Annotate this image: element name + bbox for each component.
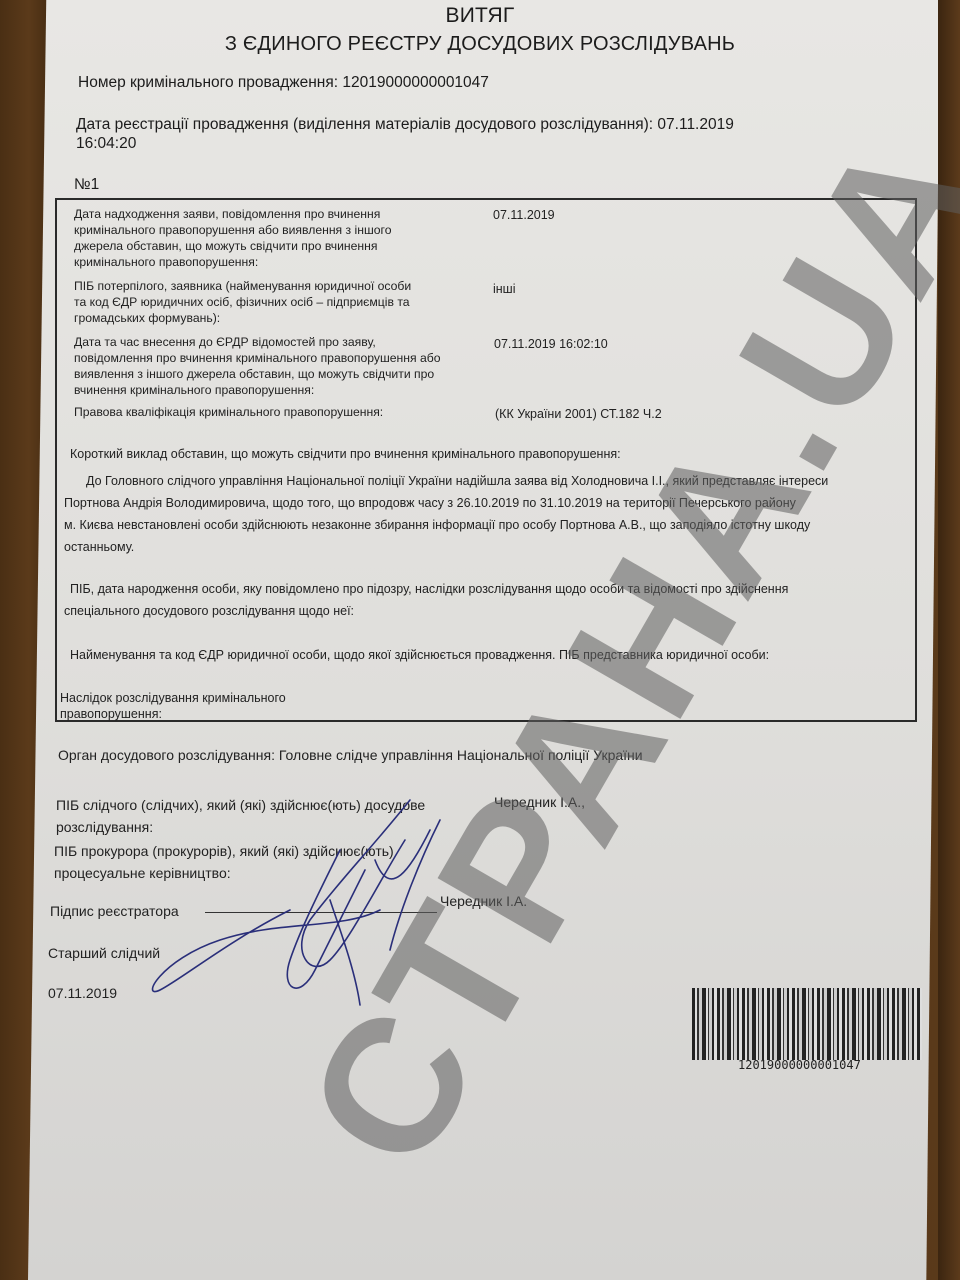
label-line: Дата надходження заяви, повідомлення про… [74, 206, 391, 222]
label-line: повідомлення про вчинення кримінального … [74, 350, 441, 366]
investigation-body: Орган досудового розслідування: Головне … [58, 744, 643, 766]
label-line: громадських формувань): [74, 310, 411, 326]
barcode-number: 12019000000001047 [738, 1058, 861, 1072]
document-title: ВИТЯГ [0, 4, 960, 28]
label-line: та код ЄДР юридичних осіб, фізичних осіб… [74, 294, 411, 310]
section-number: №1 [74, 176, 99, 194]
signing-date: 07.11.2019 [48, 982, 117, 1004]
label-line: процесуальне керівництво: [54, 862, 394, 884]
label-line: спеціального досудового розслідування що… [64, 600, 904, 622]
label-line: Правова кваліфікація кримінального право… [74, 404, 383, 420]
erdr-entry-value: 07.11.2019 16:02:10 [494, 337, 608, 351]
summary-label: Короткий виклад обставин, що можуть свід… [70, 446, 621, 462]
registrar-name: Чередник І.А. [440, 890, 527, 912]
label-line: вчинення кримінального правопорушення: [74, 382, 441, 398]
investigator-label: ПІБ слідчого (слідчих), який (які) здійс… [56, 794, 425, 838]
registration-time: 16:04:20 [76, 135, 136, 153]
label-line: ПІБ потерпілого, заявника (найменування … [74, 278, 411, 294]
label-line: кримінального правопорушення або виявлен… [74, 222, 391, 238]
label-line: Дата та час внесення до ЄРДР відомостей … [74, 334, 441, 350]
label-line: джерела обставин, що можуть свідчити про… [74, 238, 391, 254]
label-line: ПІБ слідчого (слідчих), який (які) здійс… [56, 794, 425, 816]
legal-qualification-value: (КК України 2001) СТ.182 Ч.2 [495, 407, 662, 421]
receipt-date-label: Дата надходження заяви, повідомлення про… [74, 206, 391, 270]
summary-line: м. Києва невстановлені особи здійснюють … [64, 514, 904, 536]
label-line: кримінального правопорушення: [74, 254, 391, 270]
position-title: Старший слідчий [48, 942, 160, 964]
registration-date: Дата реєстрації провадження (виділення м… [76, 116, 734, 134]
summary-line: До Головного слідчого управління Націона… [64, 470, 904, 492]
summary-line: останньому. [64, 536, 904, 558]
label-line: ПІБ, дата народження особи, яку повідомл… [64, 578, 904, 600]
legal-qualification-label: Правова кваліфікація кримінального право… [74, 404, 383, 420]
label-line: Наслідок розслідування кримінального [60, 690, 286, 706]
result-label: Наслідок розслідування кримінального пра… [60, 690, 286, 722]
label-line: розслідування: [56, 816, 425, 838]
case-number: Номер кримінального провадження: 1201900… [78, 74, 489, 92]
summary-line: Портнова Андрія Володимировича, щодо тог… [64, 492, 904, 514]
prosecutor-label: ПІБ прокурора (прокурорів), який (які) з… [54, 840, 394, 884]
erdr-entry-label: Дата та час внесення до ЄРДР відомостей … [74, 334, 441, 398]
barcode [692, 988, 922, 1060]
label-line: правопорушення: [60, 706, 286, 722]
summary-text: До Головного слідчого управління Націона… [64, 470, 904, 558]
legal-entity-label: Найменування та код ЄДР юридичної особи,… [70, 644, 769, 666]
investigator-name: Чередник І.А., [494, 791, 585, 813]
suspect-label: ПІБ, дата народження особи, яку повідомл… [64, 578, 904, 622]
victim-label: ПІБ потерпілого, заявника (найменування … [74, 278, 411, 326]
table-surface [938, 0, 960, 1280]
registrar-signature-label: Підпис реєстратора [50, 900, 179, 922]
victim-value: інші [493, 282, 516, 296]
label-line: виявлення з іншого джерела обставин, що … [74, 366, 441, 382]
label-line: ПІБ прокурора (прокурорів), який (які) з… [54, 840, 394, 862]
receipt-date-value: 07.11.2019 [493, 208, 555, 222]
signature-line [205, 912, 437, 913]
document-subtitle: З ЄДИНОГО РЕЄСТРУ ДОСУДОВИХ РОЗСЛІДУВАНЬ [0, 33, 960, 56]
